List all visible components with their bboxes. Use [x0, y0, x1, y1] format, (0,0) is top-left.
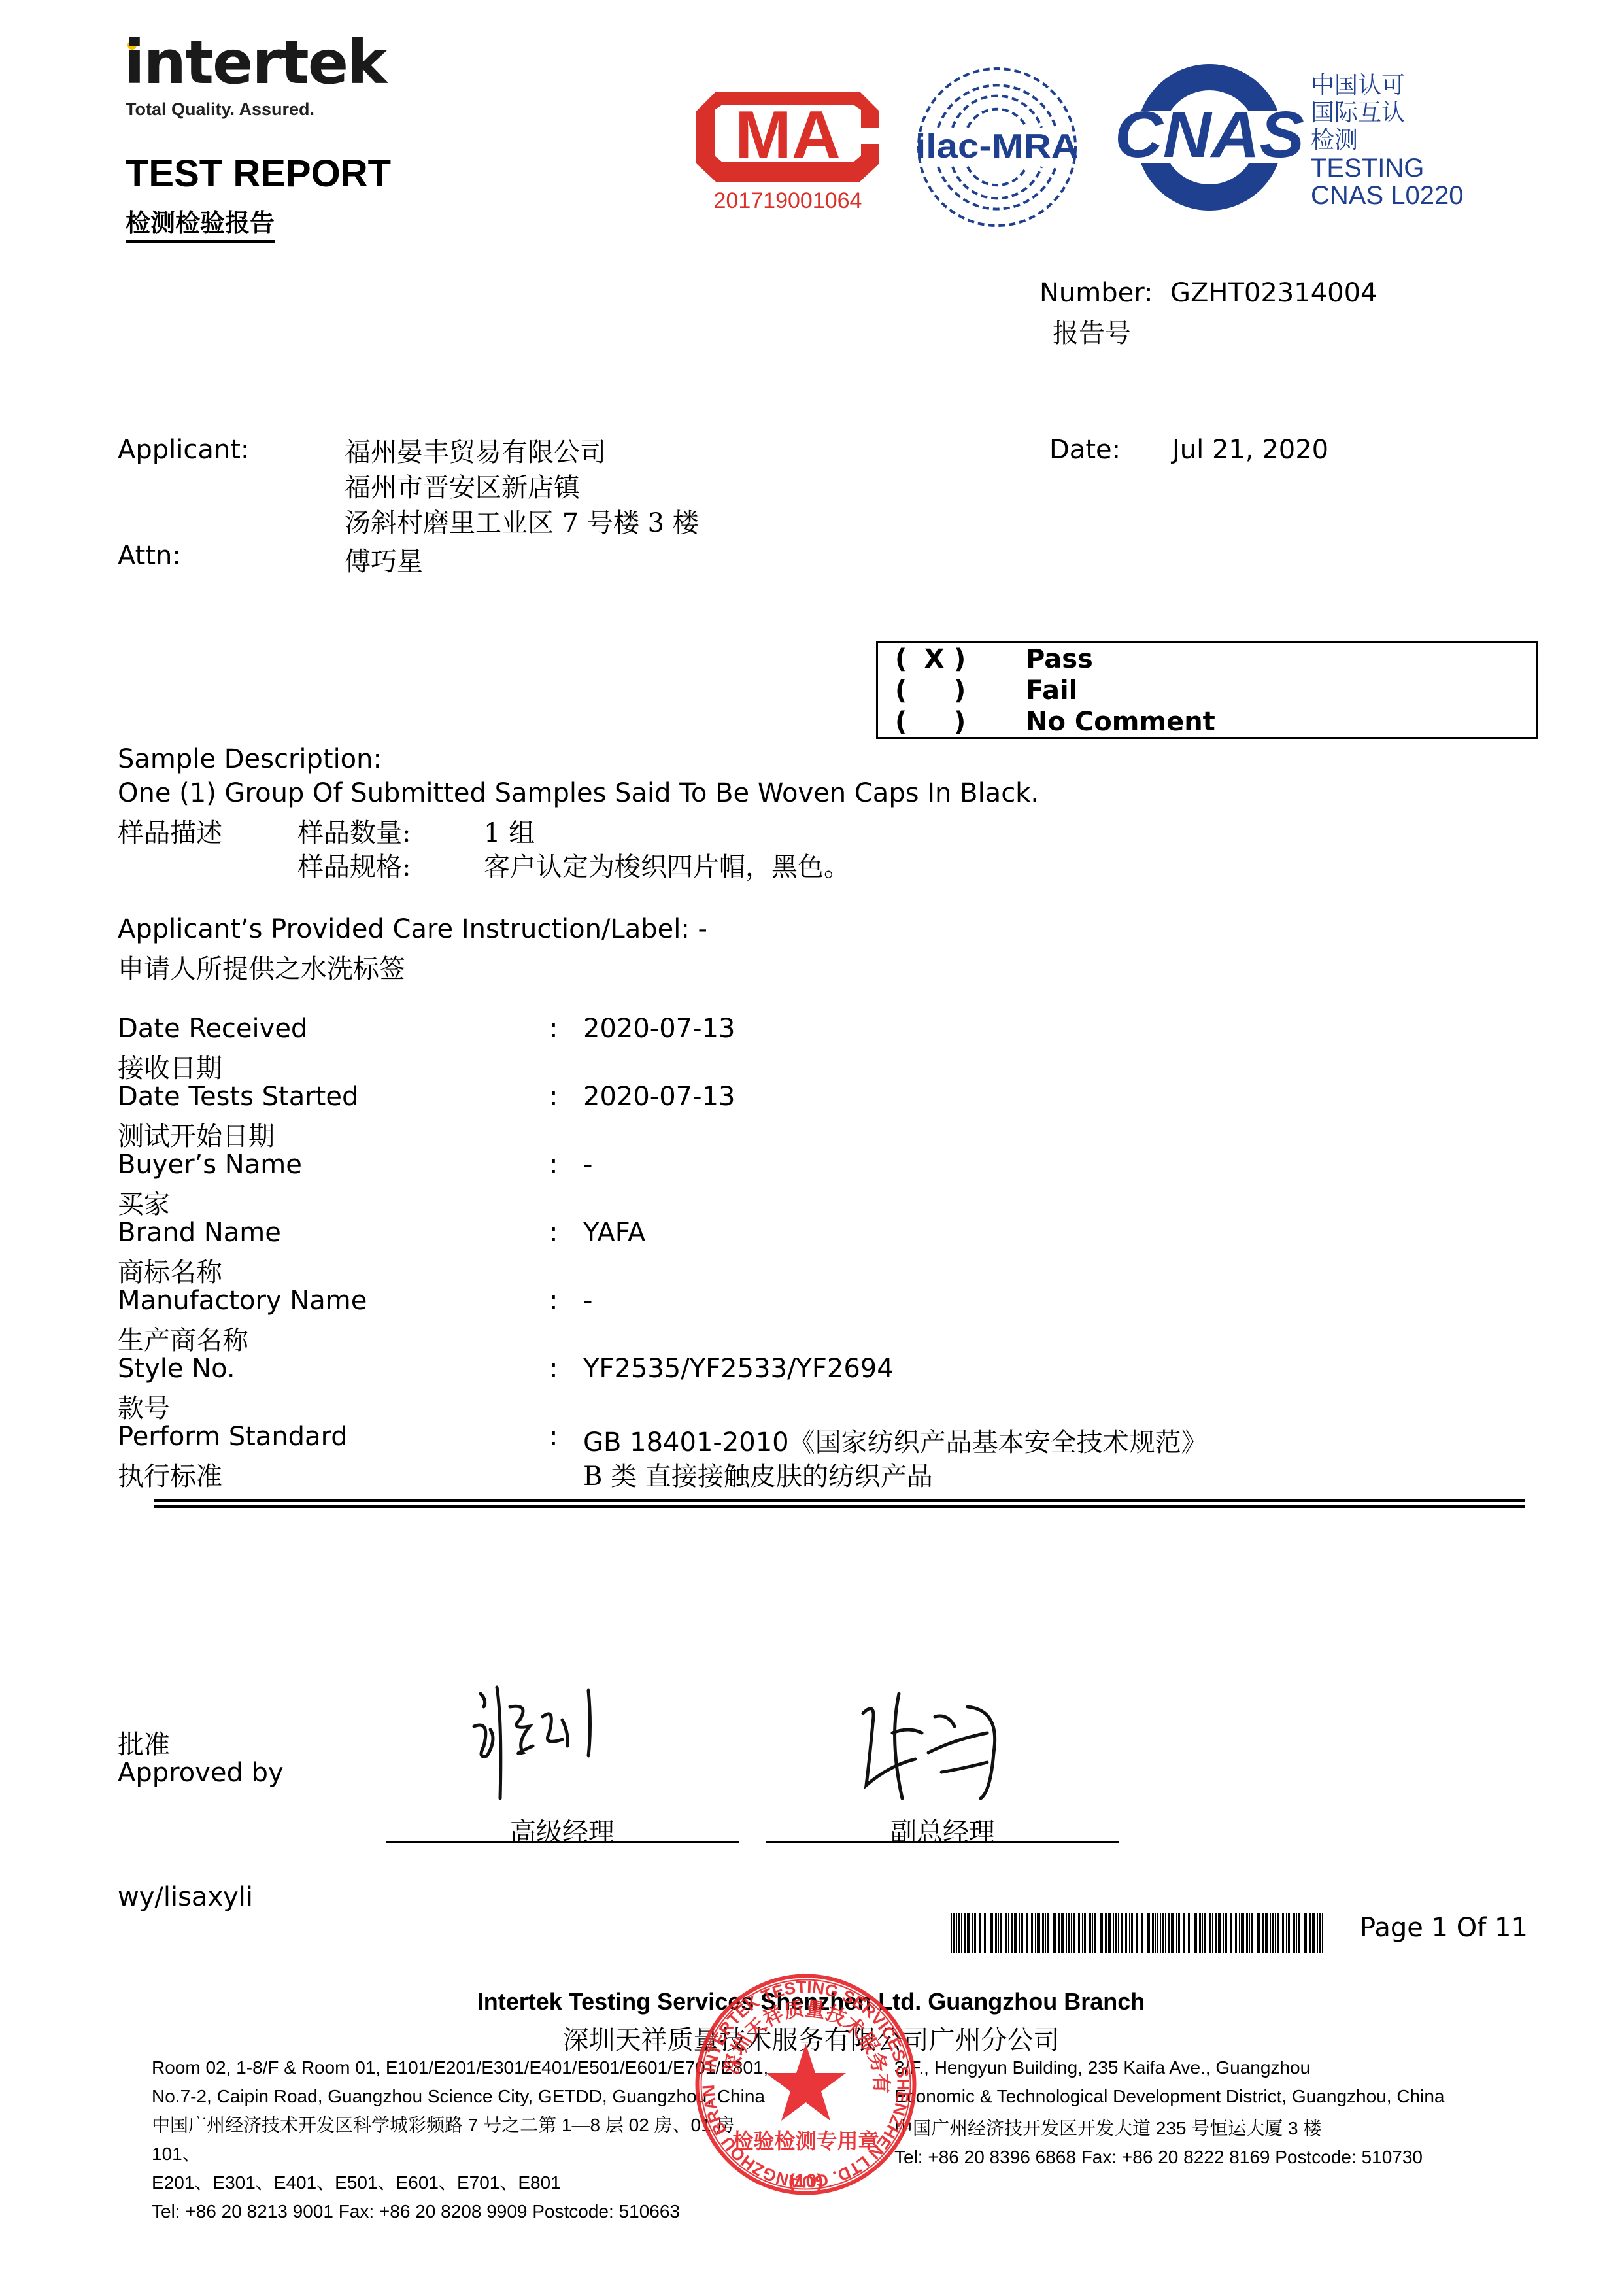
sample-quantity-value: 1 组 [484, 812, 535, 849]
official-seal-icon: INTERTEK TESTING SERVICES SHENZHEN LTD. … [693, 1972, 919, 2197]
signer-title: 高级经理 [386, 1811, 739, 1849]
svg-text:CNAS: CNAS [1115, 98, 1304, 171]
report-title: TEST REPORT [126, 152, 391, 196]
signature-senior-manager-icon [471, 1681, 654, 1805]
logo-tagline: Total Quality. Assured. [126, 99, 314, 120]
result-option-pass: (X)Pass [895, 643, 973, 676]
footer-address-line: 中国广州经济技术开发区科学城彩频路 7 号之二第 1—8 层 02 房、01 房 [152, 2111, 768, 2140]
info-value: 2020-07-13 [583, 1082, 735, 1112]
info-value: 2020-07-13 [583, 1014, 735, 1044]
info-label-zh: 执行标准 [118, 1456, 222, 1493]
cnas-line: 中国认可 [1311, 72, 1463, 99]
svg-text:检验检测专用章: 检验检测专用章 [732, 2129, 879, 2153]
result-checkmark: X [915, 643, 954, 676]
cnas-line: CNAS L0220 [1311, 182, 1463, 209]
attn-label: Attn: [118, 541, 181, 571]
result-label: No Comment [1026, 706, 1215, 738]
attn-value: 傅巧星 [345, 541, 423, 578]
footer-address-line: 3/F., Hengyun Building, 235 Kaifa Ave., … [894, 2053, 1444, 2082]
info-value: YAFA [583, 1218, 645, 1248]
cnas-line: TESTING [1311, 154, 1463, 182]
double-rule-divider [154, 1499, 1525, 1508]
info-label: Date Received [118, 1014, 307, 1044]
footer-address-line: 101、 [152, 2140, 768, 2168]
applicant-line: 福州晏丰贸易有限公司 [345, 435, 699, 470]
cma-logo-icon: MA 201719001064 [690, 78, 886, 216]
info-label: Manufactory Name [118, 1286, 367, 1316]
info-value: YF2535/YF2533/YF2694 [583, 1354, 894, 1384]
footer-address-line: Tel: +86 20 8396 6868 Fax: +86 20 8222 8… [894, 2143, 1444, 2172]
info-label: Style No. [118, 1354, 235, 1384]
sample-quantity-label: 样品数量: [297, 812, 411, 849]
info-label-zh: 接收日期 [118, 1048, 222, 1085]
cnas-line: 检测 [1311, 127, 1463, 154]
info-label: Perform Standard [118, 1422, 348, 1452]
approved-by-label: Approved by [118, 1758, 284, 1788]
approved-by-label-zh: 批准 [118, 1724, 170, 1761]
care-instruction-label: Applicant’s Provided Care Instruction/La… [118, 914, 707, 944]
intertek-logo: intertek [124, 33, 386, 93]
info-colon: : [549, 1422, 558, 1452]
info-label-zh: 生产商名称 [118, 1320, 248, 1357]
date-value: Jul 21, 2020 [1172, 435, 1328, 465]
result-box: (X)Pass ()Fail ()No Comment [876, 641, 1538, 739]
result-option-no-comment: ()No Comment [895, 706, 973, 738]
info-value: - [583, 1286, 592, 1316]
info-value: - [583, 1150, 592, 1180]
signature-line [766, 1841, 1119, 1843]
result-option-fail: ()Fail [895, 674, 973, 707]
info-label-zh: 买家 [118, 1184, 170, 1221]
date-label: Date: [1049, 435, 1121, 465]
cnas-accreditation-text: 中国认可 国际互认 检测 TESTING CNAS L0220 [1311, 72, 1463, 209]
info-colon: : [549, 1286, 558, 1316]
applicant-label: Applicant: [118, 435, 249, 465]
svg-text:(10): (10) [788, 2170, 823, 2192]
footer-address-line: Economic & Technological Development Dis… [894, 2082, 1444, 2111]
footer-address-line: Room 02, 1-8/F & Room 01, E101/E201/E301… [152, 2053, 768, 2082]
result-label: Fail [1026, 674, 1077, 707]
report-number-label: Number: [1039, 278, 1153, 308]
footer-address-right: 3/F., Hengyun Building, 235 Kaifa Ave., … [894, 2053, 1444, 2172]
report-number-value: GZHT02314004 [1170, 278, 1377, 308]
ilac-mra-logo-icon: ilac-MRA [912, 62, 1082, 232]
cnas-line: 国际互认 [1311, 99, 1463, 127]
footer-address-line: No.7-2, Caipin Road, Guangzhou Science C… [152, 2082, 768, 2111]
sample-description-label: Sample Description: [118, 744, 382, 774]
page-number: Page 1 Of 11 [1360, 1913, 1528, 1943]
info-colon: : [549, 1150, 558, 1180]
barcode-icon [951, 1913, 1327, 1953]
applicant-address: 福州晏丰贸易有限公司 福州市晋安区新店镇 汤斜村磨里工业区 7 号楼 3 楼 [345, 435, 699, 541]
care-instruction-label-zh: 申请人所提供之水洗标签 [118, 948, 405, 985]
footer-address-left: Room 02, 1-8/F & Room 01, E101/E201/E301… [152, 2053, 768, 2226]
info-colon: : [549, 1082, 558, 1112]
info-label: Date Tests Started [118, 1082, 358, 1112]
info-label-zh: 测试开始日期 [118, 1116, 275, 1153]
info-colon: : [549, 1354, 558, 1384]
sample-description-label-zh: 样品描述 [118, 812, 222, 849]
sample-spec-label: 样品规格: [297, 846, 411, 883]
sample-spec-value: 客户认定为梭织四片帽，黑色。 [484, 846, 850, 883]
result-label: Pass [1026, 643, 1093, 676]
info-value-secondary: B 类 直接接触皮肤的纺织产品 [583, 1456, 933, 1493]
applicant-line: 福州市晋安区新店镇 [345, 470, 699, 505]
svg-text:MA: MA [735, 97, 841, 173]
sample-description-text: One (1) Group Of Submitted Samples Said … [118, 778, 1039, 808]
info-label-zh: 商标名称 [118, 1252, 222, 1289]
info-value: GB 18401-2010《国家纺织产品基本安全技术规范》 [583, 1422, 1208, 1459]
preparer-initials: wy/lisaxyli [118, 1882, 253, 1912]
info-label: Brand Name [118, 1218, 281, 1248]
applicant-line: 汤斜村磨里工业区 7 号楼 3 楼 [345, 505, 699, 541]
signature-deputy-gm-icon [850, 1687, 1046, 1811]
signer-title: 副总经理 [766, 1811, 1119, 1849]
info-colon: : [549, 1014, 558, 1044]
info-label-zh: 款号 [118, 1388, 170, 1425]
footer-address-line: E201、E301、E401、E501、E601、E701、E801 [152, 2168, 768, 2197]
cnas-logo-icon: CNAS [1111, 59, 1308, 216]
report-number-label-zh: 报告号 [1053, 313, 1131, 350]
footer-address-line: 中国广州经济技开发区开发大道 235 号恒运大厦 3 楼 [894, 2114, 1444, 2143]
info-colon: : [549, 1218, 558, 1248]
report-title-zh: 检测检验报告 [126, 203, 275, 243]
footer-address-line: Tel: +86 20 8213 9001 Fax: +86 20 8208 9… [152, 2197, 768, 2226]
svg-text:201719001064: 201719001064 [714, 188, 862, 213]
info-label: Buyer’s Name [118, 1150, 302, 1180]
signature-line [386, 1841, 739, 1843]
svg-text:ilac-MRA: ilac-MRA [915, 128, 1079, 165]
